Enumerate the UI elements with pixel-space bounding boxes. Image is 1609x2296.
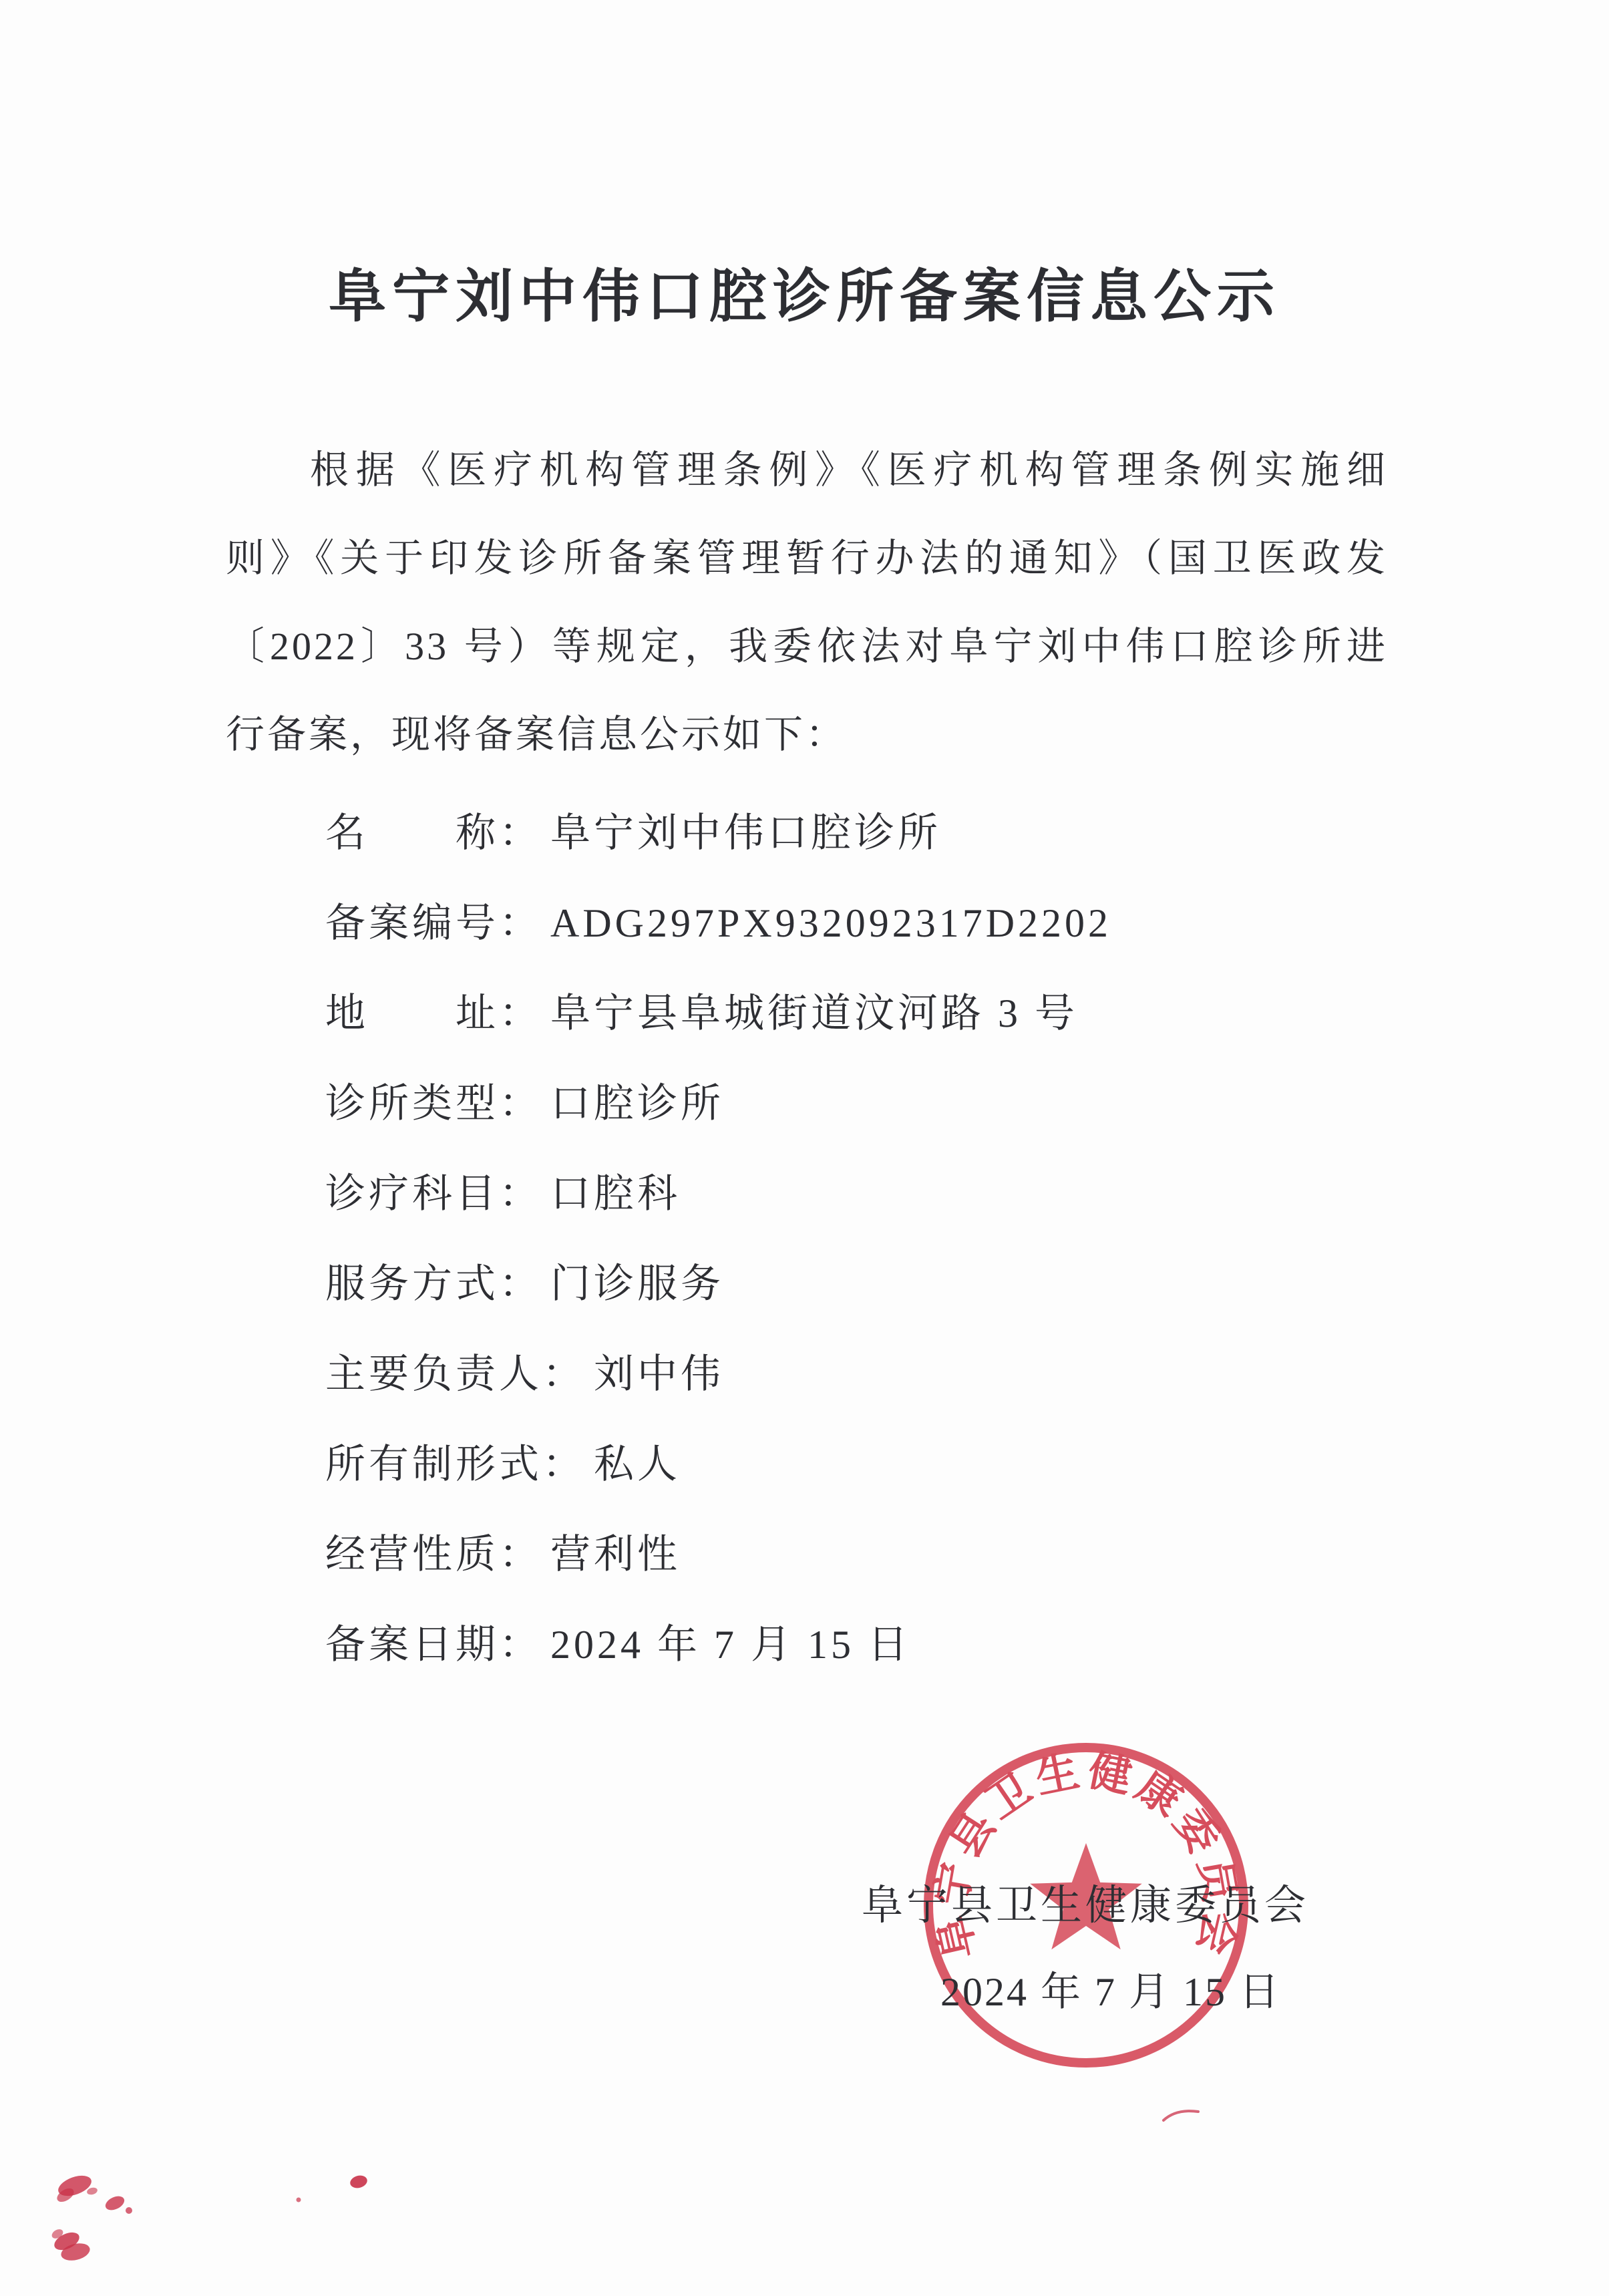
field-label: 经营性质：: [325, 1532, 542, 1577]
ink-smudge: [297, 2198, 301, 2202]
paragraph-line: 根据《医疗机构管理条例》《医疗机构管理条例实施细: [226, 426, 1388, 514]
field-label: 服务方式：: [325, 1262, 542, 1306]
ink-smudge: [59, 2241, 92, 2263]
field-row-name: 名 称：阜宁刘中伟口腔诊所: [325, 788, 1111, 878]
field-value: 口腔诊所: [550, 1082, 724, 1126]
signature-date: 2024 年 7 月 15 日: [940, 1971, 1281, 2013]
intro-paragraph: 根据《医疗机构管理条例》《医疗机构管理条例实施细 则》《关于印发诊所备案管理暂行…: [226, 426, 1388, 779]
field-label: 名 称：: [325, 811, 542, 855]
field-row-medical-subjects: 诊疗科目：口腔科: [325, 1149, 1111, 1239]
document-page: 阜宁刘中伟口腔诊所备案信息公示 根据《医疗机构管理条例》《医疗机构管理条例实施细…: [0, 0, 1609, 2296]
field-value: 阜宁刘中伟口腔诊所: [550, 811, 941, 855]
registration-fields: 名 称：阜宁刘中伟口腔诊所 备案编号：ADG297PX932092317D220…: [325, 788, 1111, 1690]
paragraph-line: 则》《关于印发诊所备案管理暂行办法的通知》（国卫医政发: [226, 514, 1388, 603]
field-row-record-number: 备案编号：ADG297PX932092317D2202: [325, 878, 1111, 969]
paragraph-line: 〔2022〕33 号）等规定，我委依法对阜宁刘中伟口腔诊所进: [226, 603, 1388, 691]
field-value: 阜宁县阜城街道汶河路 3 号: [550, 991, 1078, 1035]
ink-smudge: [55, 2172, 94, 2200]
paragraph-line: 行备案，现将备案信息公示如下：: [226, 691, 1388, 779]
field-value: ADG297PX932092317D2202: [550, 901, 1111, 945]
field-value: 2024 年 7 月 15 日: [550, 1623, 911, 1667]
signature-organization: 阜宁县卫生健康委员会: [862, 1884, 1309, 1928]
field-row-ownership: 所有制形式：私人: [325, 1420, 1111, 1510]
field-row-business-nature: 经营性质：营利性: [325, 1510, 1111, 1600]
field-value: 私人: [594, 1442, 681, 1486]
field-label: 主要负责人：: [325, 1352, 586, 1396]
ink-smudge: [50, 2227, 65, 2240]
field-label: 诊疗科目：: [325, 1172, 542, 1216]
field-row-clinic-type: 诊所类型：口腔诊所: [325, 1059, 1111, 1149]
field-label: 备案编号：: [325, 901, 542, 945]
ink-smudge: [86, 2186, 98, 2196]
field-row-address: 地 址：阜宁县阜城街道汶河路 3 号: [325, 969, 1111, 1059]
ink-smudge: [349, 2174, 369, 2190]
field-value: 营利性: [550, 1532, 681, 1577]
field-row-principal: 主要负责人：刘中伟: [325, 1329, 1111, 1420]
field-label: 地 址：: [325, 991, 542, 1035]
ink-smudge: [51, 2229, 82, 2254]
field-label: 备案日期：: [325, 1623, 542, 1667]
field-value: 门诊服务: [550, 1262, 724, 1306]
field-row-record-date: 备案日期：2024 年 7 月 15 日: [325, 1600, 1111, 1690]
field-row-service-mode: 服务方式：门诊服务: [325, 1239, 1111, 1329]
document-title: 阜宁刘中伟口腔诊所备案信息公示: [0, 266, 1609, 327]
field-value: 口腔科: [550, 1172, 681, 1216]
ink-smudge: [1164, 2111, 1198, 2120]
ink-smudge: [126, 2207, 132, 2214]
ink-smudge: [104, 2194, 127, 2213]
ink-smudge: [55, 2186, 76, 2204]
field-value: 刘中伟: [594, 1352, 724, 1396]
field-label: 诊所类型：: [325, 1082, 542, 1126]
field-label: 所有制形式：: [325, 1442, 586, 1486]
